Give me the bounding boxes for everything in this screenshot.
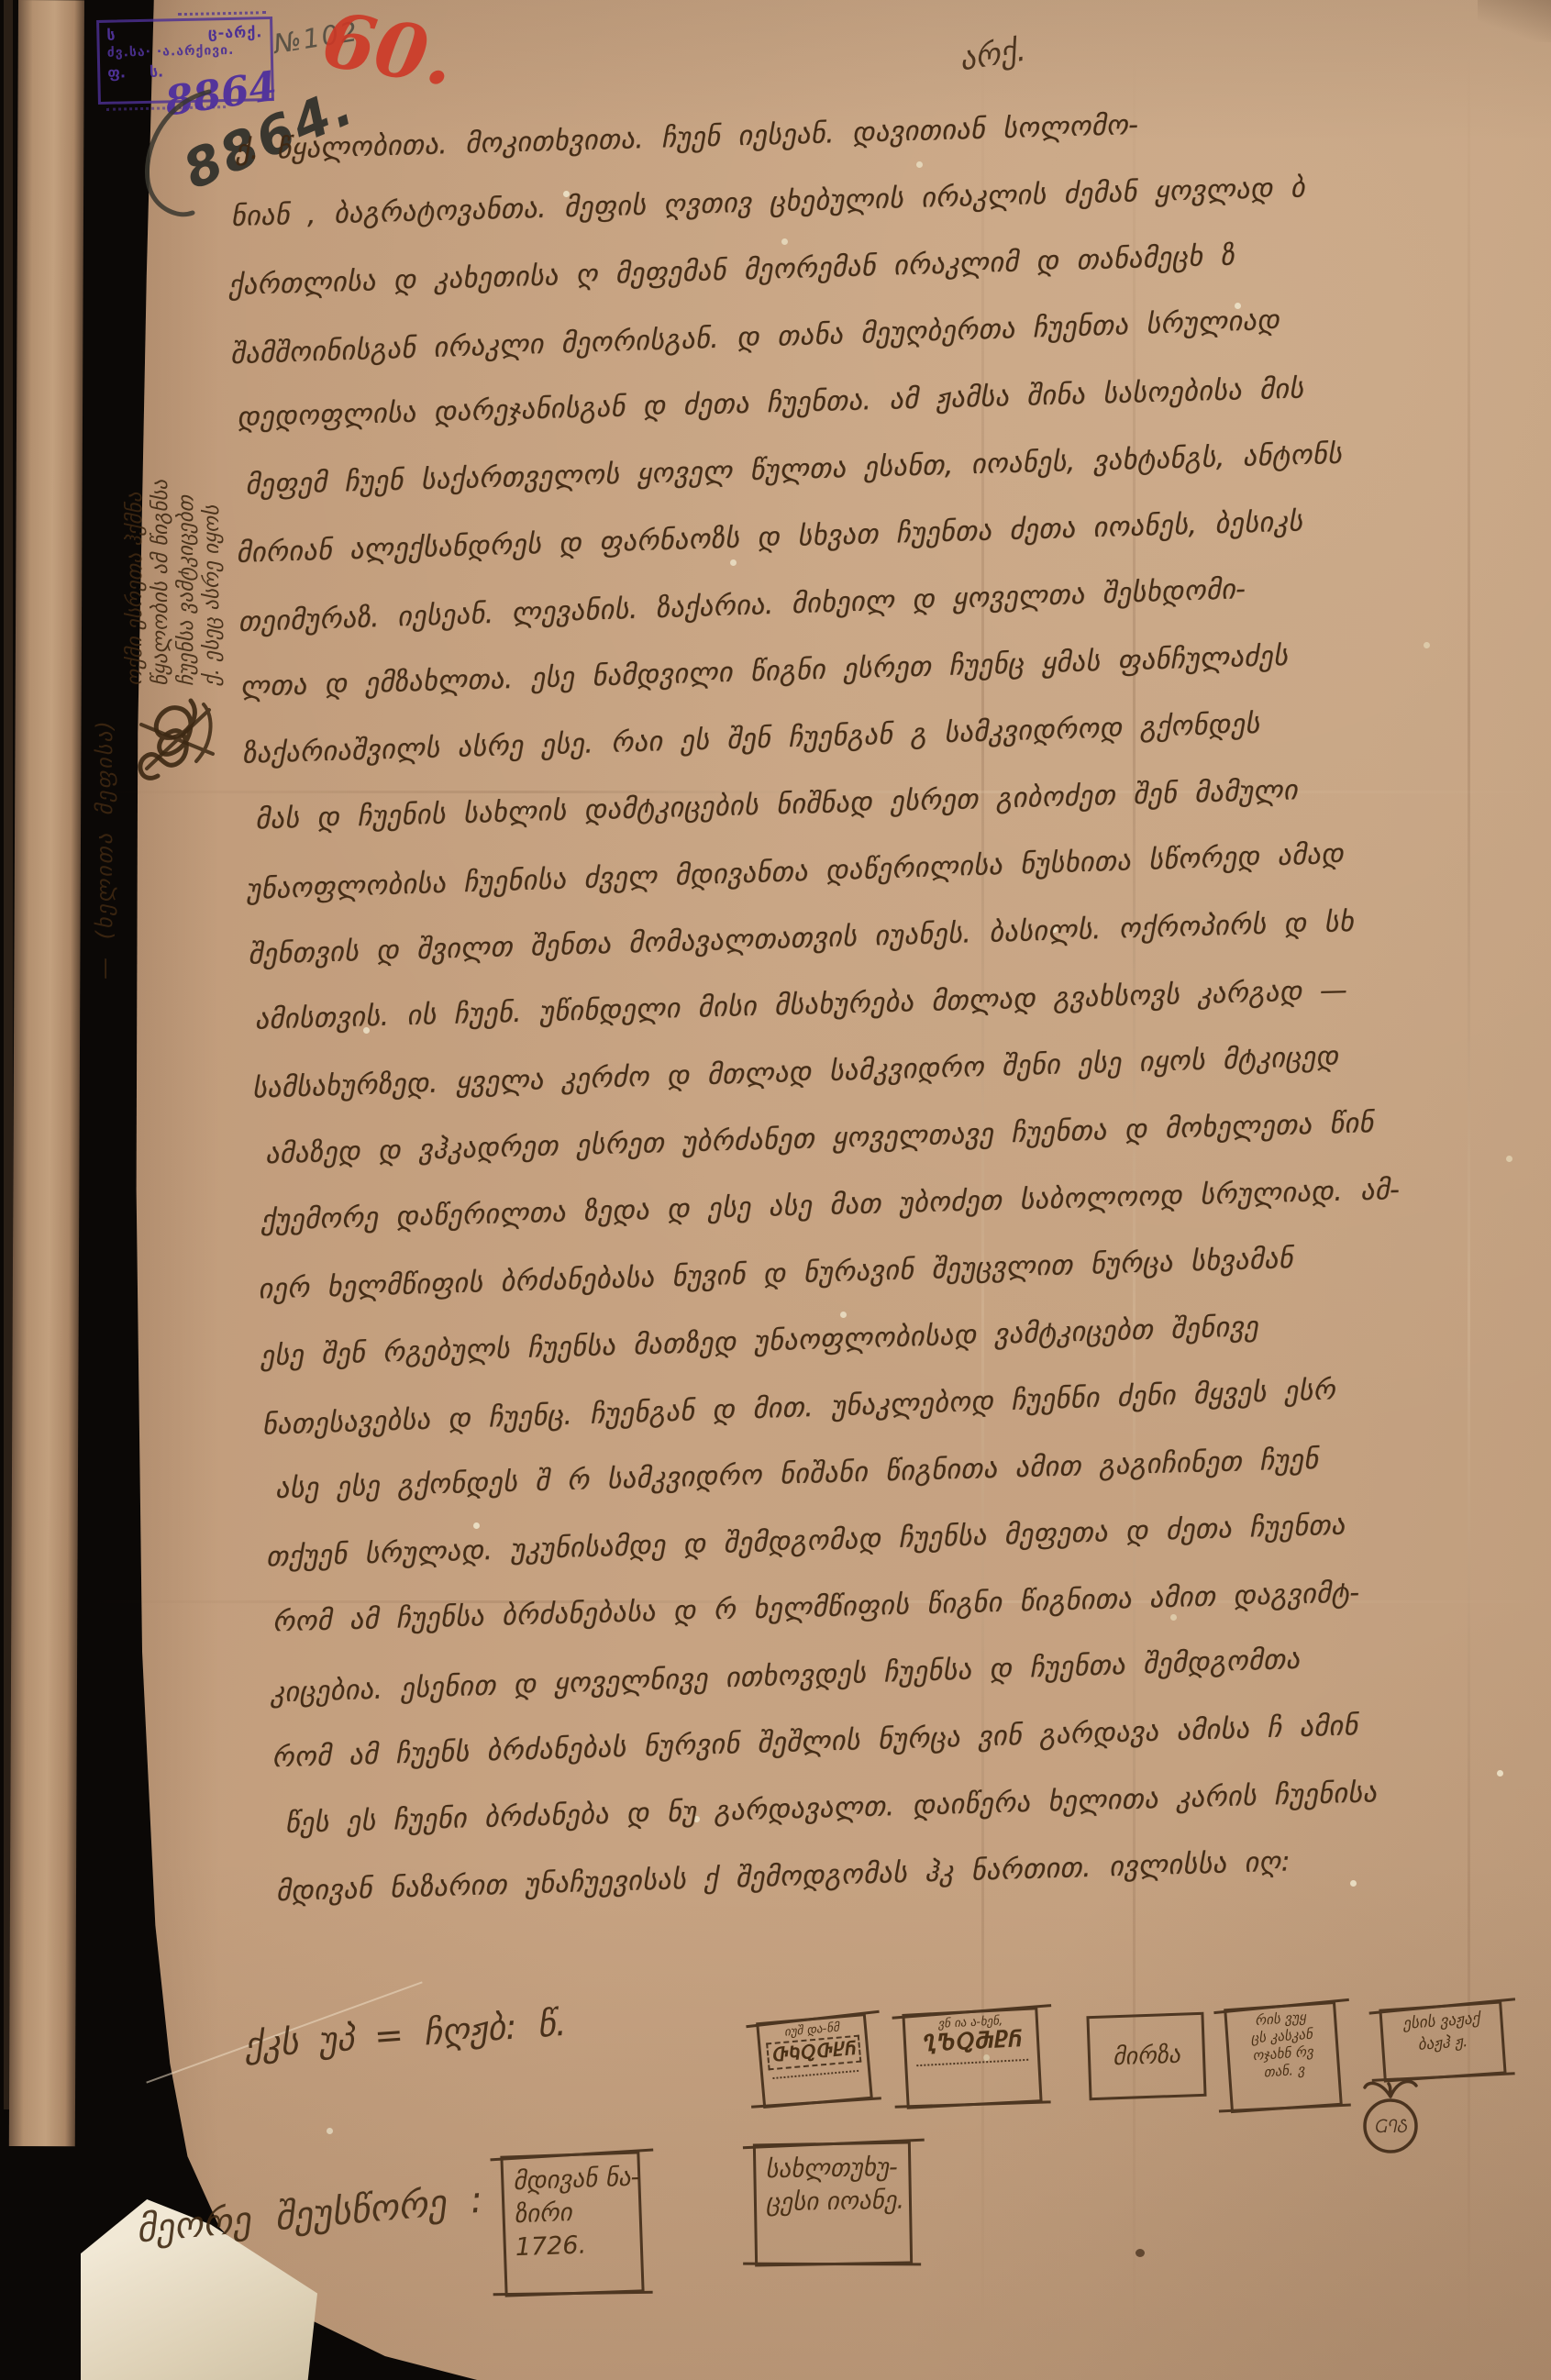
document-scan: ს ც-არქ. ძვ.სა· ·ა.არქივი. ფ. ს. 8864 №1… xyxy=(0,0,1551,2380)
bottom-box-right-line: სახლთუხუ- xyxy=(765,2152,900,2187)
stamp-row1-left: ს xyxy=(106,27,116,44)
margin-line: ოქმი ესრეთა ჰქმნა xyxy=(123,493,149,686)
seal-cartouche-5: ესის ვაჟაქბაჟჰ ჟ. xyxy=(1379,2000,1506,2082)
corner-shadow xyxy=(1478,0,1551,42)
margin-lines: ოქმი ესრეთა ჰქმნაწყალობის ამ წიგნსაჩუენს… xyxy=(123,493,226,686)
bottom-box-left-line: მდივან ნა- xyxy=(513,2162,629,2198)
margin-line: წყალობის ამ წიგნსა xyxy=(149,493,174,686)
seal3-word: მირზა xyxy=(1113,2042,1181,2072)
apple-seal-text: ႺႤჂ xyxy=(1374,2119,1408,2137)
seal-cartouche-2: ვნ ია ა-ხენ, ႢႪႭႫႲႬ xyxy=(902,2007,1042,2109)
bottom-box-left-line: 1726. xyxy=(515,2228,631,2264)
stamp-fond-label: ფ. xyxy=(107,63,126,81)
bottom-box-right: სახლთუხუ-ცესი იოანე. xyxy=(753,2142,913,2267)
seal-cartouche-1: იუშ და-ნმ ႧႩႭႧႾႬ xyxy=(756,2013,873,2109)
stamp-row2: ძვ.სა· ·ა.არქივი. xyxy=(107,42,263,61)
bottom-box-left: მდივან ნა-ზირი1726. xyxy=(500,2151,644,2297)
manuscript-body: ქ. წყალობითა. მოკითხვითა. ჩუენ იესეან. დ… xyxy=(224,97,1551,1943)
bottom-box-right-line: ცესი იოანე. xyxy=(766,2185,901,2220)
paper-specks xyxy=(88,0,91,3)
ink-blot xyxy=(1136,2249,1145,2257)
stamp-row1-right: ც-არქ. xyxy=(208,23,263,41)
adjacent-folio-edge xyxy=(9,0,84,2146)
margin-note: — (ხელითა მეფისა) ოქმი ესრეთა ჰქმნაწყალო… xyxy=(92,493,252,980)
seal-cartouche-3: მირზა xyxy=(1086,2012,1206,2100)
seal2-caps: ႢႪႭႫႲႬ xyxy=(910,2028,1034,2058)
apple-seal-doodle: ႺႤჂ xyxy=(1361,2075,1420,2159)
margin-seal-mark: — (ხელითა მეფისა) xyxy=(92,493,123,980)
margin-line: ქ. ესეც ასრე იყოს xyxy=(200,493,226,686)
seal-cartouche-4: რის ვუყცს კასკანოჯახნ რვთან. ვ xyxy=(1224,2001,1343,2113)
bottom-box-left-line: ზირი xyxy=(514,2195,630,2231)
stamp-number-label: ს. xyxy=(150,63,164,81)
royal-monogram xyxy=(132,690,226,789)
margin-line: ჩუენსა ვამტკიცებთ xyxy=(174,493,200,686)
